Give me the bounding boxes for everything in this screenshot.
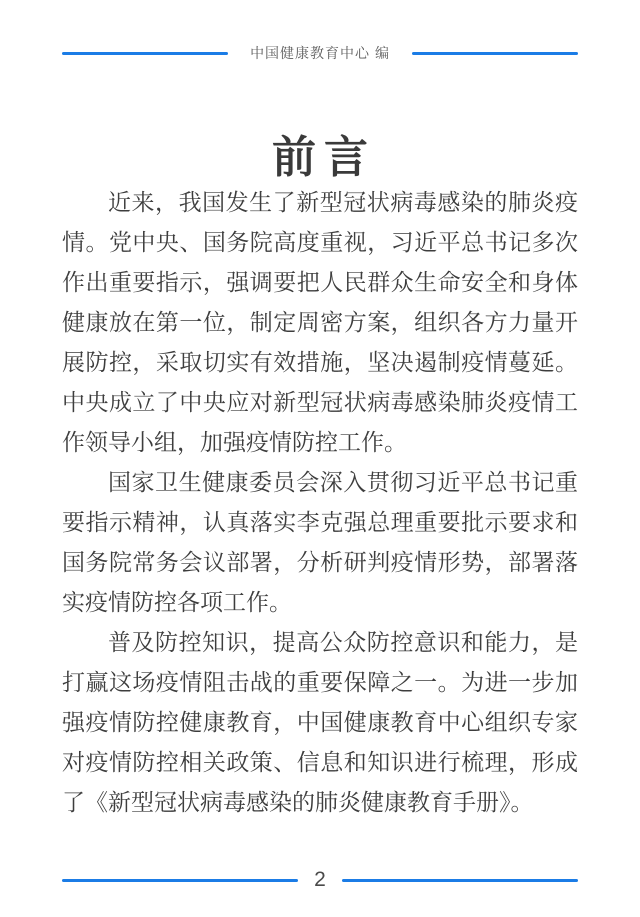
page-title: 前言: [0, 133, 640, 183]
footer-rule-left: [62, 879, 298, 882]
header-rule-left: [62, 52, 228, 55]
article-body: 近来，我国发生了新型冠状病毒感染的肺炎疫情。党中央、国务院高度重视，习近平总书记…: [62, 183, 578, 823]
page-footer: 2: [62, 866, 578, 894]
document-page: 中国健康教育中心 编 前言 近来，我国发生了新型冠状病毒感染的肺炎疫情。党中央、…: [0, 0, 640, 917]
edition-credit: 中国健康教育中心 编: [228, 43, 412, 63]
paragraph: 普及防控知识，提高公众防控意识和能力，是打赢这场疫情阻击战的重要保障之一。为进一…: [62, 623, 578, 823]
paragraph: 近来，我国发生了新型冠状病毒感染的肺炎疫情。党中央、国务院高度重视，习近平总书记…: [62, 183, 578, 463]
page-header: 中国健康教育中心 编: [62, 40, 578, 66]
header-rule-right: [412, 52, 578, 55]
paragraph: 国家卫生健康委员会深入贯彻习近平总书记重要指示精神，认真落实李克强总理重要批示要…: [62, 463, 578, 623]
page-number: 2: [298, 868, 342, 892]
footer-rule-right: [342, 879, 578, 882]
